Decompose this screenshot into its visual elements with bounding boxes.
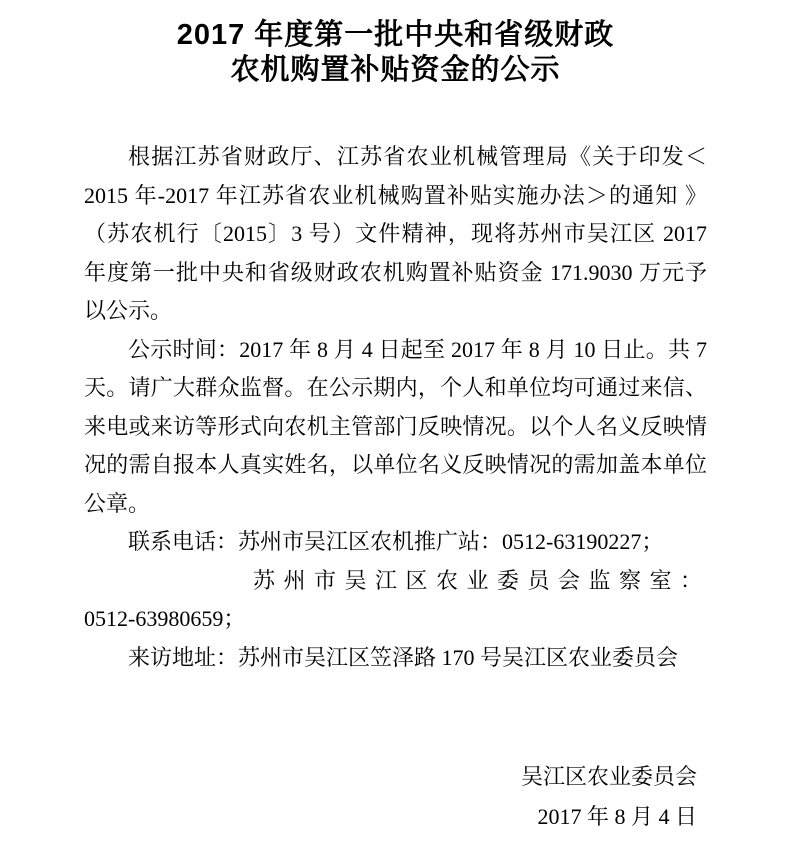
body-line: 年度第一批中央和省级财政农机购置补贴资金 171.9030 万元予 [84, 254, 707, 293]
body-line: 来电或来访等形式向农机主管部门反映情况。以个人名义反映情 [84, 408, 707, 447]
body-line: 2015 年-2017 年江苏省农业机械购置补贴实施办法＞的通知 》 [84, 177, 707, 216]
signature-date: 2017 年 8 月 4 日 [84, 797, 697, 837]
body-line: 以公示。 [84, 292, 707, 331]
body-line: 公章。 [84, 485, 707, 524]
contact-phone-line: 联系电话：苏州市吴江区农机推广站：0512-63190227； [84, 523, 707, 562]
document-title: 2017 年度第一批中央和省级财政 农机购置补贴资金的公示 [84, 18, 707, 88]
body-line: （苏农机行〔2015〕3 号）文件精神，现将苏州市吴江区 2017 [84, 215, 707, 254]
contact-phone2-line: 0512-63980659； [84, 600, 707, 639]
document-title-line-2: 农机购置补贴资金的公示 [84, 53, 707, 88]
body-line: 天。请广大群众监督。在公示期内，个人和单位均可通过来信、 [84, 369, 707, 408]
contact-office-line: 苏州市吴江区农业委员会监察室： [84, 562, 707, 601]
signature-organization: 吴江区农业委员会 [84, 757, 697, 797]
body-line: 公示时间：2017 年 8 月 4 日起至 2017 年 8 月 10 日止。共… [84, 331, 707, 370]
document-body: 根据江苏省财政厅、江苏省农业机械管理局《关于印发＜ 2015 年-2017 年江… [84, 138, 707, 677]
visit-address-line: 来访地址：苏州市吴江区笠泽路 170 号吴江区农业委员会 [84, 639, 707, 678]
signature-block: 吴江区农业委员会 2017 年 8 月 4 日 [84, 757, 707, 837]
notice-page: 2017 年度第一批中央和省级财政 农机购置补贴资金的公示 根据江苏省财政厅、江… [0, 0, 793, 851]
body-line: 根据江苏省财政厅、江苏省农业机械管理局《关于印发＜ [84, 138, 707, 177]
document-title-line-1: 2017 年度第一批中央和省级财政 [84, 18, 707, 53]
body-line: 况的需自报本人真实姓名，以单位名义反映情况的需加盖本单位 [84, 446, 707, 485]
